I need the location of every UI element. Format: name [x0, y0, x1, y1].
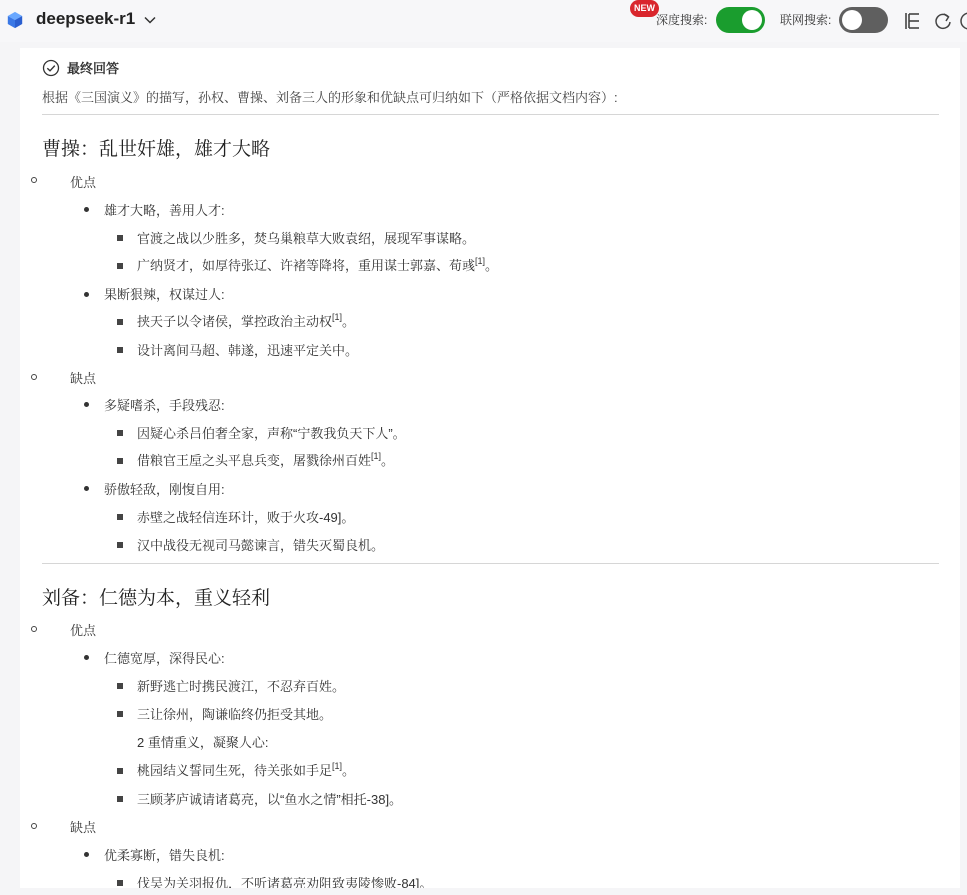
item-title: 优柔寡断，错失良机: [104, 845, 225, 864]
disc-bullet [84, 655, 89, 660]
new-badge: NEW [630, 0, 659, 17]
item-number: 2 [137, 735, 148, 750]
web-search-label: 联网搜索: [780, 11, 831, 28]
deep-search-label: 深度搜索: [656, 11, 707, 28]
citation-ref[interactable]: [1] [371, 451, 381, 461]
square-bullet [117, 514, 123, 520]
circle-bullet [31, 823, 37, 829]
divider [42, 563, 939, 564]
square-bullet [117, 542, 123, 548]
section-title: 刘备：仁德为本，重义轻利 [42, 583, 270, 610]
chevron-down-icon[interactable] [142, 12, 158, 28]
point-text: 官渡之战以少胜多，焚乌巢粮草大败袁绍，展现军事谋略。 [137, 228, 475, 247]
point-tail: 。 [485, 258, 498, 273]
point-text: 设计离间马超、韩遂，迅速平定关中。 [137, 340, 358, 359]
point-text: 三让徐州，陶谦临终仍拒受其地。 [137, 704, 332, 723]
point-row: 广纳贤才，如厚待张辽、许褚等降将，重用谋士郭嘉、荀彧[1]。 [137, 255, 498, 274]
point-text: 广纳贤才，如厚待张辽、许褚等降将，重用谋士郭嘉、荀彧 [137, 258, 475, 273]
group-label: 优点 [70, 620, 96, 639]
toggle-knob [842, 10, 862, 30]
point-tail: 。 [342, 314, 355, 329]
final-answer-label: 最终回答 [67, 58, 119, 77]
square-bullet [117, 768, 123, 774]
refresh-icon[interactable] [933, 11, 953, 31]
cube-icon [6, 11, 24, 29]
group-label: 缺点 [70, 817, 96, 836]
square-bullet [117, 683, 123, 689]
group-label: 缺点 [70, 368, 96, 387]
item-title-text: 重情重义，凝聚人心: [148, 735, 269, 750]
citation-ref[interactable]: [1] [332, 761, 342, 771]
item-title: 骄傲轻敌，刚愎自用: [104, 479, 225, 498]
item-title: 多疑嗜杀，手段残忍: [104, 395, 225, 414]
square-bullet [117, 263, 123, 269]
square-bullet [117, 711, 123, 717]
point-text: 赤壁之战轻信连环计，败于火攻-49]。 [137, 507, 354, 526]
point-row: 借粮官王垕之头平息兵变，屠戮徐州百姓[1]。 [137, 450, 394, 469]
circle-bullet [31, 374, 37, 380]
square-bullet [117, 347, 123, 353]
section-title: 曹操：乱世奸雄，雄才大略 [42, 134, 270, 161]
square-bullet [117, 458, 123, 464]
point-row: 挟天子以令诸侯，掌控政治主动权[1]。 [137, 311, 355, 330]
top-bar: deepseek-r1 NEW 深度搜索: 联网搜索: [0, 0, 967, 42]
point-text: 桃园结义誓同生死，待关张如手足 [137, 763, 332, 778]
point-text: 挟天子以令诸侯，掌控政治主动权 [137, 314, 332, 329]
citation-ref[interactable]: [1] [332, 312, 342, 322]
item-title: 2 重情重义，凝聚人心: [137, 732, 268, 751]
more-icon[interactable] [959, 11, 967, 31]
web-search-toggle[interactable] [839, 7, 888, 33]
outline-icon[interactable] [903, 11, 923, 31]
disc-bullet [84, 486, 89, 491]
item-title: 仁德宽厚，深得民心: [104, 648, 225, 667]
point-row: 桃园结义誓同生死，待关张如手足[1]。 [137, 760, 355, 779]
point-text: 因疑心杀吕伯奢全家，声称“宁教我负天下人”。 [137, 423, 406, 442]
square-bullet [117, 430, 123, 436]
point-text: 伐吴为关羽报仇，不听诸葛亮劝阻致夷陵惨败-84]。 [137, 873, 432, 888]
point-text: 汉中战役无视司马懿谏言，错失灭蜀良机。 [137, 535, 384, 554]
final-answer-status: 最终回答 [42, 58, 119, 77]
square-bullet [117, 235, 123, 241]
check-circle-icon [42, 59, 60, 77]
square-bullet [117, 880, 123, 886]
disc-bullet [84, 207, 89, 212]
answer-panel: 最终回答 根据《三国演义》的描写，孙权、曹操、刘备三人的形象和优缺点可归纳如下（… [20, 48, 960, 888]
divider [42, 114, 939, 115]
point-text: 三顾茅庐诚请诸葛亮，以“鱼水之情”相托-38]。 [137, 789, 402, 808]
citation-ref[interactable]: [1] [475, 256, 485, 266]
point-text: 借粮官王垕之头平息兵变，屠戮徐州百姓 [137, 453, 371, 468]
point-text: 新野逃亡时携民渡江，不忍弃百姓。 [137, 676, 345, 695]
item-title: 果断狠辣，权谋过人: [104, 284, 225, 303]
disc-bullet [84, 852, 89, 857]
toggle-knob [742, 10, 762, 30]
disc-bullet [84, 292, 89, 297]
point-tail: 。 [342, 763, 355, 778]
item-title: 雄才大略，善用人才: [104, 200, 225, 219]
square-bullet [117, 319, 123, 325]
point-tail: 。 [381, 453, 394, 468]
circle-bullet [31, 626, 37, 632]
disc-bullet [84, 402, 89, 407]
square-bullet [117, 796, 123, 802]
model-selector[interactable]: deepseek-r1 [36, 9, 135, 29]
deep-search-toggle[interactable] [716, 7, 765, 33]
group-label: 优点 [70, 172, 96, 191]
intro-text: 根据《三国演义》的描写，孙权、曹操、刘备三人的形象和优缺点可归纳如下（严格依据文… [42, 87, 618, 106]
circle-bullet [31, 177, 37, 183]
